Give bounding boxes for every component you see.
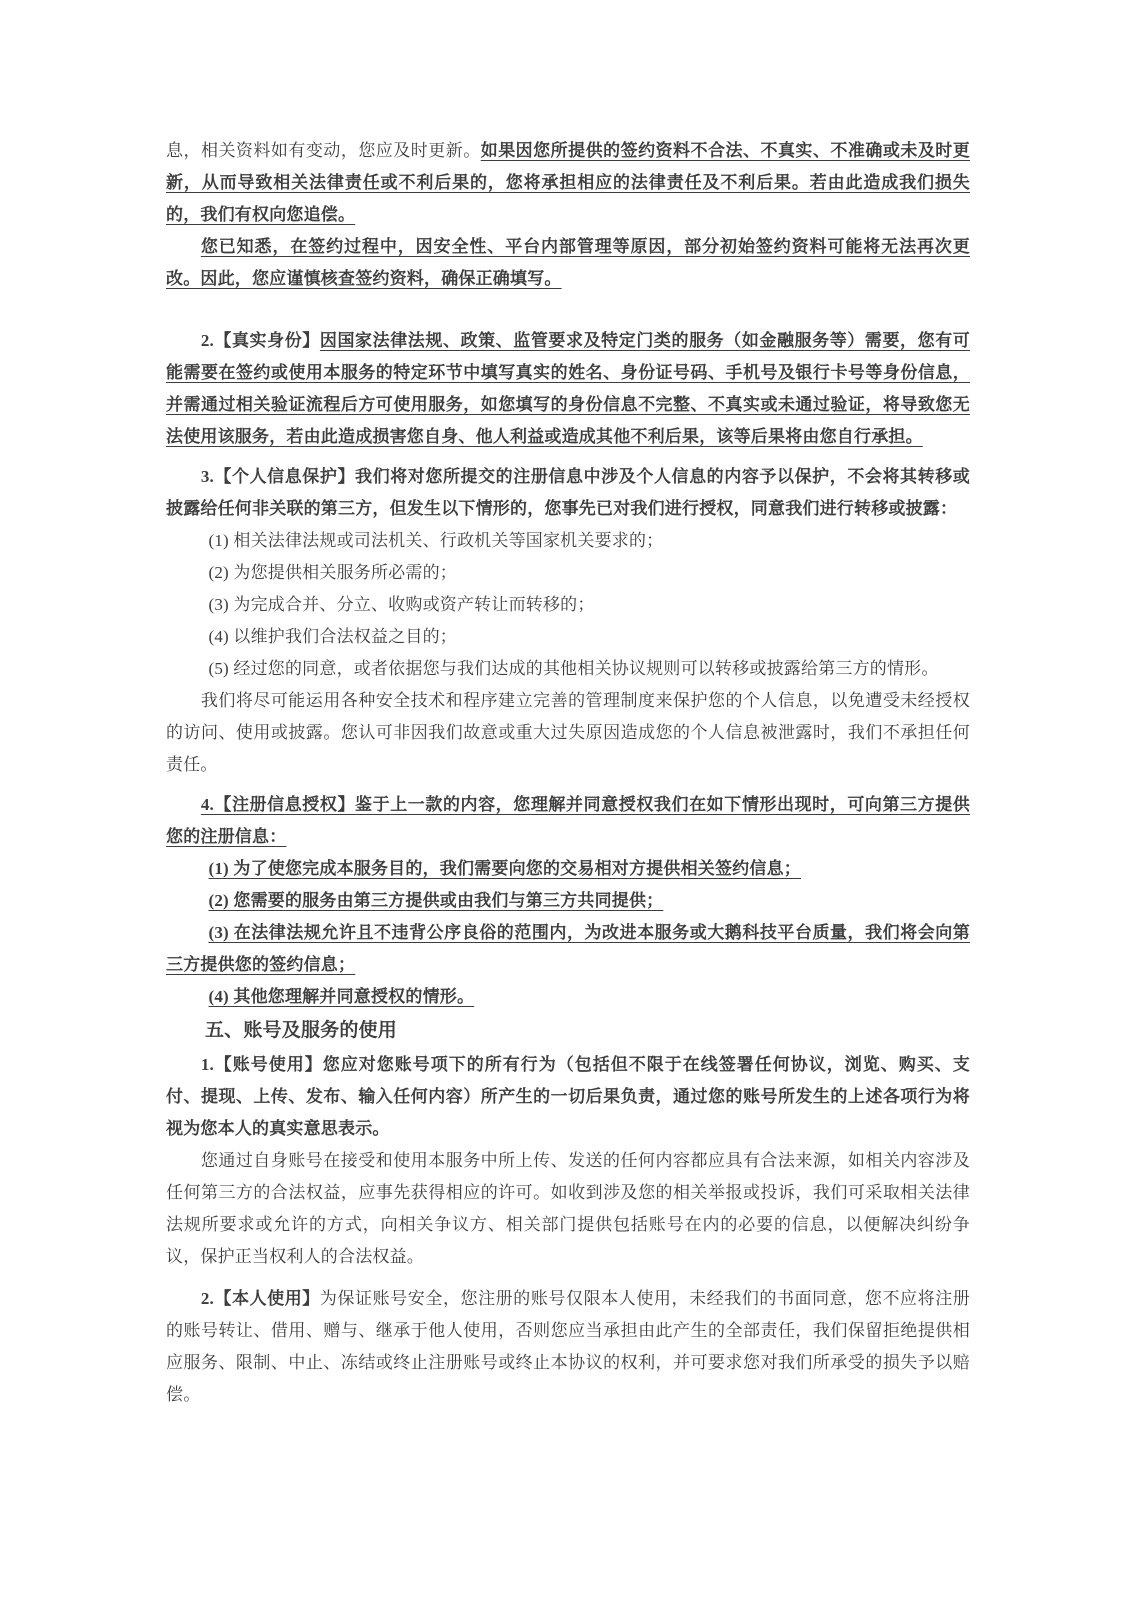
list-item: (1) 相关法律法规或司法机关、行政机关等国家机关要求的； bbox=[166, 525, 970, 557]
clause-label: 4.【注册信息授权】 bbox=[201, 795, 355, 814]
list-item: (1) 为了使您完成本服务目的，我们需要向您的交易相对方提供相关签约信息； bbox=[166, 853, 970, 885]
paragraph-update-obligation: 息，相关资料如有变动，您应及时更新。如果因您所提供的签约资料不合法、不真实、不准… bbox=[166, 135, 970, 231]
document-page: 息，相关资料如有变动，您应及时更新。如果因您所提供的签约资料不合法、不真实、不准… bbox=[166, 135, 970, 1411]
clause-account-use: 1.【账号使用】您应对您账号项下的所有行为（包括但不限于在线签署任何协议，浏览、… bbox=[166, 1049, 970, 1145]
clause-real-identity: 2.【真实身份】因国家法律法规、政策、监管要求及特定门类的服务（如金融服务等）需… bbox=[166, 325, 970, 453]
clause-label: 2.【真实身份】 bbox=[201, 331, 320, 350]
list-item-text: (4) 其他您理解并同意授权的情形。 bbox=[209, 987, 485, 1006]
chapter-heading-text: 五、账号及服务的使用 bbox=[205, 1020, 397, 1041]
list-item: (3) 为完成合并、分立、收购或资产转让而转移的； bbox=[166, 589, 970, 621]
clause-label: 2.【本人使用】 bbox=[201, 1289, 320, 1308]
list-item-text: (1) 相关法律法规或司法机关、行政机关等国家机关要求的； bbox=[209, 531, 664, 550]
clause-label: 1.【账号使用】 bbox=[201, 1055, 323, 1074]
paragraph-security-measures: 我们将尽可能运用各种安全技术和程序建立完善的管理制度来保护您的个人信息，以免遭受… bbox=[166, 685, 970, 781]
chapter-heading: 五、账号及服务的使用 bbox=[166, 1013, 970, 1049]
clause-label: 3.【个人信息保护】 bbox=[201, 467, 355, 486]
list-item-text: (2) 为您提供相关服务所必需的； bbox=[209, 563, 457, 582]
text-run: 您通过自身账号在接受和使用本服务中所上传、发送的任何内容都应具有合法来源，如相关… bbox=[166, 1151, 970, 1266]
clause-personal-use: 2.【本人使用】为保证账号安全，您注册的账号仅限本人使用，未经我们的书面同意，您… bbox=[166, 1283, 970, 1411]
paragraph-signing-notice: 您已知悉，在签约过程中，因安全性、平台内部管理等原因，部分初始签约资料可能将无法… bbox=[166, 231, 970, 295]
list-item-text: (3) 为完成合并、分立、收购或资产转让而转移的； bbox=[209, 595, 595, 614]
list-item-text: (2) 您需要的服务由第三方提供或由我们与第三方共同提供； bbox=[209, 891, 674, 910]
paragraph-account-content-legality: 您通过自身账号在接受和使用本服务中所上传、发送的任何内容都应具有合法来源，如相关… bbox=[166, 1145, 970, 1273]
list-item-text: (3) 在法律法规允许且不违背公序良俗的范围内，为改进本服务或大鹅科技平台质量，… bbox=[166, 923, 970, 974]
clause-registration-info-authorization: 4.【注册信息授权】鉴于上一款的内容，您理解并同意授权我们在如下情形出现时，可向… bbox=[166, 789, 970, 853]
list-item: (2) 您需要的服务由第三方提供或由我们与第三方共同提供； bbox=[166, 885, 970, 917]
clause-personal-info-protection: 3.【个人信息保护】我们将对您所提交的注册信息中涉及个人信息的内容予以保护，不会… bbox=[166, 461, 970, 525]
text-run-emphasis: 您已知悉，在签约过程中，因安全性、平台内部管理等原因，部分初始签约资料可能将无法… bbox=[166, 237, 970, 288]
list-item: (5) 经过您的同意，或者依据您与我们达成的其他相关协议规则可以转移或披露给第三… bbox=[166, 653, 970, 685]
list-item-text: (5) 经过您的同意，或者依据您与我们达成的其他相关协议规则可以转移或披露给第三… bbox=[209, 659, 939, 678]
text-run: 我们将尽可能运用各种安全技术和程序建立完善的管理制度来保护您的个人信息，以免遭受… bbox=[166, 691, 970, 774]
list-item-text: (4) 以维护我们合法权益之目的； bbox=[209, 627, 457, 646]
list-item: (3) 在法律法规允许且不违背公序良俗的范围内，为改进本服务或大鹅科技平台质量，… bbox=[166, 917, 970, 981]
list-item: (4) 以维护我们合法权益之目的； bbox=[166, 621, 970, 653]
list-item: (2) 为您提供相关服务所必需的； bbox=[166, 557, 970, 589]
list-item: (4) 其他您理解并同意授权的情形。 bbox=[166, 981, 970, 1013]
list-item-text: (1) 为了使您完成本服务目的，我们需要向您的交易相对方提供相关签约信息； bbox=[209, 859, 811, 878]
text-run: 息，相关资料如有变动，您应及时更新。 bbox=[166, 141, 481, 160]
